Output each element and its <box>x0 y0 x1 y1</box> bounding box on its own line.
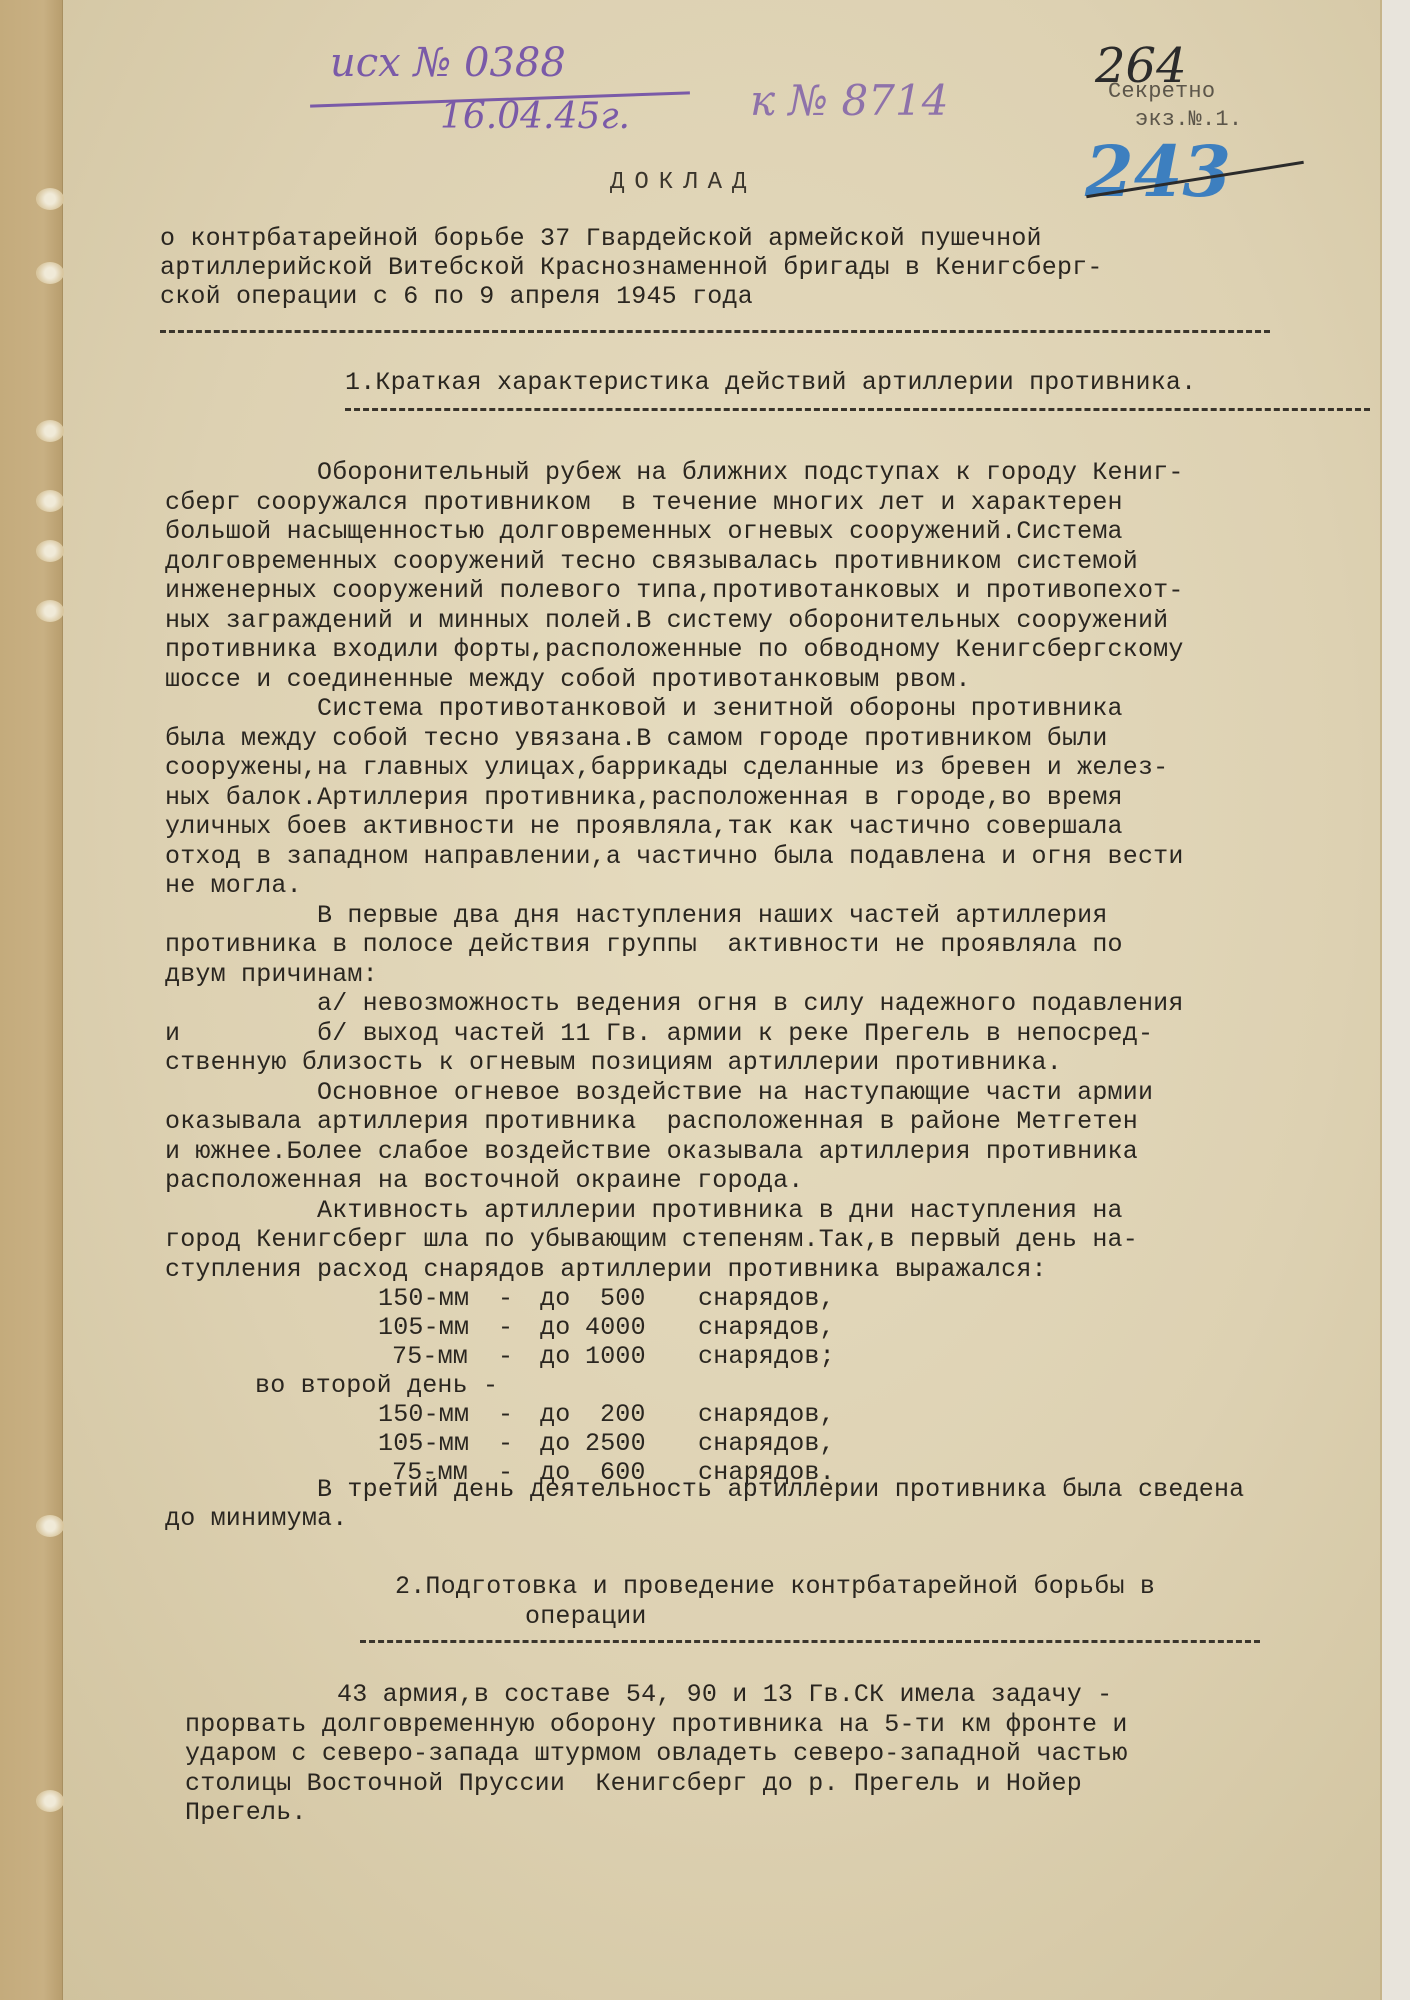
text-line: В первые два дня наступления наших часте… <box>165 901 1184 931</box>
document-page: исх № 0388 16.04.45г. к № 8714 264 Секре… <box>0 0 1382 2000</box>
section-2-heading-line-1: 2.Подготовка и проведение контрбатарейно… <box>395 1572 1155 1602</box>
text-line: расположенная на восточной окраине город… <box>165 1166 1184 1196</box>
caliber: 150-мм <box>378 1284 469 1314</box>
text-line: 43 армия,в составе 54, 90 и 13 Гв.СК име… <box>185 1680 1128 1710</box>
text-line: противника входили форты,расположенные п… <box>165 635 1184 665</box>
text-line: сберг сооружался противником в течение м… <box>165 488 1184 518</box>
closing-line-2: до минимума. <box>165 1504 347 1534</box>
text-line: ударом с северо-запада штурмом овладеть … <box>185 1739 1128 1769</box>
text-line: оказывала артиллерия противника располож… <box>165 1107 1184 1137</box>
text-line: ступления расход снарядов артиллерии про… <box>165 1255 1184 1285</box>
subtitle-line-1: о контрбатарейной борьбе 37 Гвардейской … <box>160 224 1042 254</box>
section-1-body: Оборонительный рубеж на ближних подступа… <box>165 458 1184 1284</box>
text-line: ственную близость к огневым позициям арт… <box>165 1048 1184 1078</box>
outgoing-number: исх № 0388 <box>330 40 566 86</box>
text-line: Основное огневое воздействие на наступаю… <box>165 1078 1184 1108</box>
text-line: прорвать долговременную оборону противни… <box>185 1710 1128 1740</box>
unit: снарядов, <box>698 1284 835 1314</box>
unit: снарядов; <box>698 1342 835 1372</box>
unit: снарядов, <box>698 1400 835 1430</box>
amount-prefix: до <box>540 1400 570 1430</box>
section-1-heading: 1.Краткая характеристика действий артилл… <box>345 368 1196 398</box>
shell-amount: 4000 <box>585 1313 646 1343</box>
closing-line-1: В третий день деятельность артиллерии пр… <box>165 1475 1244 1505</box>
section-2-body: 43 армия,в составе 54, 90 и 13 Гв.СК име… <box>185 1680 1128 1828</box>
subtitle-line-2: артиллерийской Витебской Краснознаменной… <box>160 253 1103 283</box>
text-line: ных заграждений и минных полей.В систему… <box>165 606 1184 636</box>
text-line: Активность артиллерии противника в дни н… <box>165 1196 1184 1226</box>
text-line: столицы Восточной Пруссии Кенигсберг до … <box>185 1769 1128 1799</box>
caliber: 105-мм <box>378 1313 469 1343</box>
section-2-heading-line-2: операции <box>525 1602 647 1632</box>
amount-prefix: до <box>540 1429 570 1459</box>
text-line: город Кенигсберг шла по убывающим степен… <box>165 1225 1184 1255</box>
text-line: и южнее.Более слабое воздействие оказыва… <box>165 1137 1184 1167</box>
text-line: большой насыщенностью долговременных огн… <box>165 517 1184 547</box>
shell-amount: 500 <box>600 1284 646 1314</box>
text-line: отход в западном направлении,а частично … <box>165 842 1184 872</box>
crossed-number: 243 <box>1085 130 1231 213</box>
dashed-separator <box>360 1640 1260 1643</box>
text-line: двум причинам: <box>165 960 1184 990</box>
text-line: ных балок.Артиллерия противника,располож… <box>165 783 1184 813</box>
text-line: была между собой тесно увязана.В самом г… <box>165 724 1184 754</box>
punch-hole <box>36 1790 64 1812</box>
dashed-separator <box>345 408 1370 411</box>
text-line: долговременных сооружений тесно связывал… <box>165 547 1184 577</box>
text-line: уличных боев активности не проявляла,так… <box>165 812 1184 842</box>
caliber: 105-мм <box>378 1429 469 1459</box>
shell-amount: 2500 <box>585 1429 646 1459</box>
outgoing-date: 16.04.45г. <box>440 96 630 137</box>
text-line: и б/ выход частей 11 Гв. армии к реке Пр… <box>165 1019 1184 1049</box>
punch-hole <box>36 262 64 284</box>
punch-hole <box>36 420 64 442</box>
amount-prefix: до <box>540 1284 570 1314</box>
punch-hole <box>36 1515 64 1537</box>
text-line: Оборонительный рубеж на ближних подступа… <box>165 458 1184 488</box>
text-line: Система противотанковой и зенитной оборо… <box>165 694 1184 724</box>
unit: снарядов, <box>698 1429 835 1459</box>
subtitle-line-3: ской операции с 6 по 9 апреля 1945 года <box>160 282 753 312</box>
classification-label: Секретно <box>1108 78 1215 106</box>
binding-strip <box>0 0 63 2000</box>
dashed-separator <box>160 330 1270 333</box>
shell-amount: 200 <box>600 1400 646 1430</box>
caliber: 75-мм <box>392 1342 468 1372</box>
shell-amount: 1000 <box>585 1342 646 1372</box>
text-line: шоссе и соединенные между собой противот… <box>165 665 1184 695</box>
text-line: Прегель. <box>185 1798 1128 1828</box>
punch-hole <box>36 188 64 210</box>
text-line: сооружены,на главных улицах,баррикады сд… <box>165 753 1184 783</box>
text-line: инженерных сооружений полевого типа,прот… <box>165 576 1184 606</box>
text-line: противника в полосе действия группы акти… <box>165 930 1184 960</box>
text-line: не могла. <box>165 871 1184 901</box>
amount-prefix: до <box>540 1313 570 1343</box>
report-title: ДОКЛАД <box>610 168 756 198</box>
punch-hole <box>36 540 64 562</box>
punch-hole <box>36 600 64 622</box>
day-2-label: во второй день - <box>255 1371 498 1401</box>
unit: снарядов, <box>698 1313 835 1343</box>
caliber: 150-мм <box>378 1400 469 1430</box>
punch-hole <box>36 490 64 512</box>
registry-number: к № 8714 <box>750 76 948 125</box>
amount-prefix: до <box>540 1342 570 1372</box>
text-line: а/ невозможность ведения огня в силу над… <box>165 989 1184 1019</box>
